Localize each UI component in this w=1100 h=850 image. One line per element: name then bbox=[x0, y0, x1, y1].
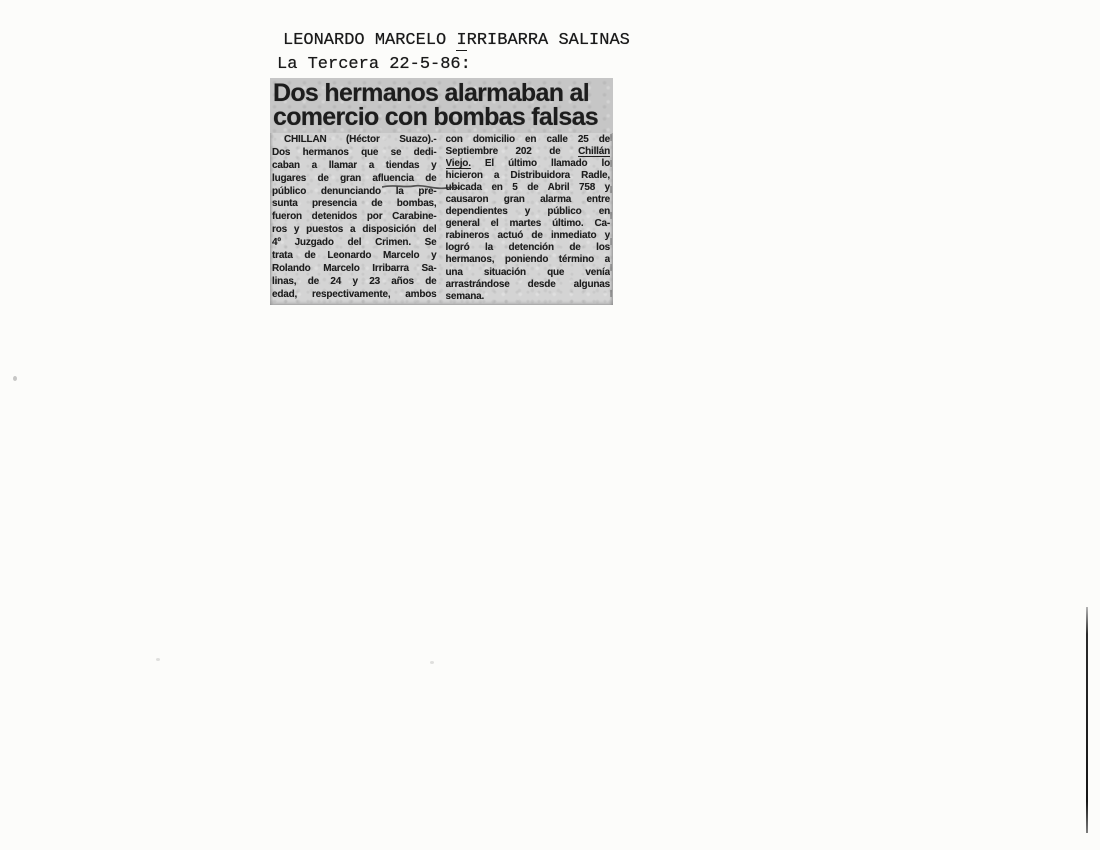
typed-name-line: LEONARDO MARCELO IRRIBARRA SALINAS bbox=[283, 31, 630, 51]
clipping-text-line: general el martes último. Ca- bbox=[446, 218, 611, 230]
clipping-text-line: fueron detenidos por Carabine- bbox=[272, 211, 437, 224]
scan-speck bbox=[13, 376, 17, 381]
pen-smudge-artifact bbox=[382, 182, 460, 192]
clipping-column-left: CHILLAN (Héctor Suazo).-Dos hermanos que… bbox=[272, 134, 437, 304]
clipping-text-line: rabineros actuó de inmediato y bbox=[446, 230, 611, 242]
clipping-text-line: causaron gran alarma entre bbox=[446, 194, 611, 206]
clipping-text-line: arrastrándose desde algunas bbox=[446, 279, 611, 291]
clipping-text-line: Viejo. El último llamado lo bbox=[446, 158, 611, 170]
clipping-text-line: una situación que venía bbox=[446, 267, 611, 279]
scan-speck bbox=[430, 661, 434, 664]
clipping-body: CHILLAN (Héctor Suazo).-Dos hermanos que… bbox=[272, 134, 610, 304]
clipping-headline: Dos hermanos alarmaban alcomercio con bo… bbox=[270, 78, 613, 133]
clipping-text-line: Septiembre 202 de Chillán bbox=[446, 146, 611, 158]
underlined-text: I bbox=[456, 31, 466, 51]
clipping-text-line: Dos hermanos alarmaban al bbox=[273, 81, 613, 105]
clipping-text-line: sunta presencia de bombas, bbox=[272, 198, 437, 211]
clipping-column-right: con domicilio en calle 25 deSeptiembre 2… bbox=[446, 134, 611, 304]
scan-speck bbox=[156, 658, 160, 661]
typed-source-line: La Tercera 22-5-86: bbox=[277, 55, 471, 75]
clipping-text-line: hermanos, poniendo término a bbox=[446, 254, 611, 266]
scan-line-artifact bbox=[1086, 607, 1088, 833]
clipping-text-line: hicieron a Distribuidora Radle, bbox=[446, 170, 611, 182]
clipping-text-line: edad, respectivamente, ambos bbox=[272, 289, 437, 302]
clipping-text-line: linas, de 24 y 23 años de bbox=[272, 276, 437, 289]
clipping-text-line: Dos hermanos que se dedi- bbox=[272, 147, 437, 160]
clipping-text-line: Rolando Marcelo Irribarra Sa- bbox=[272, 263, 437, 276]
clipping-text-line: CHILLAN (Héctor Suazo).- bbox=[272, 134, 437, 147]
clipping-text-line: dependientes y público en bbox=[446, 206, 611, 218]
underlined-text: Viejo. bbox=[446, 158, 471, 169]
clipping-text-line: ubicada en 5 de Abril 758 y bbox=[446, 182, 611, 194]
clipping-text-line: caban a llamar a tiendas y bbox=[272, 160, 437, 173]
clipping-torn-edge bbox=[610, 134, 612, 302]
underlined-text: Chillán bbox=[578, 146, 610, 157]
clipping-text-line: trata de Leonardo Marcelo y bbox=[272, 250, 437, 263]
newspaper-clipping: Dos hermanos alarmaban alcomercio con bo… bbox=[270, 78, 613, 305]
clipping-text-line: 4º Juzgado del Crimen. Se bbox=[272, 237, 437, 250]
clipping-text-line: semana. bbox=[446, 291, 611, 303]
clipping-text-line: con domicilio en calle 25 de bbox=[446, 134, 611, 146]
clipping-text-line: ros y puestos a disposición del bbox=[272, 224, 437, 237]
clipping-text-line: comercio con bombas falsas bbox=[273, 105, 613, 129]
clipping-text-line: logró la detención de los bbox=[446, 242, 611, 254]
